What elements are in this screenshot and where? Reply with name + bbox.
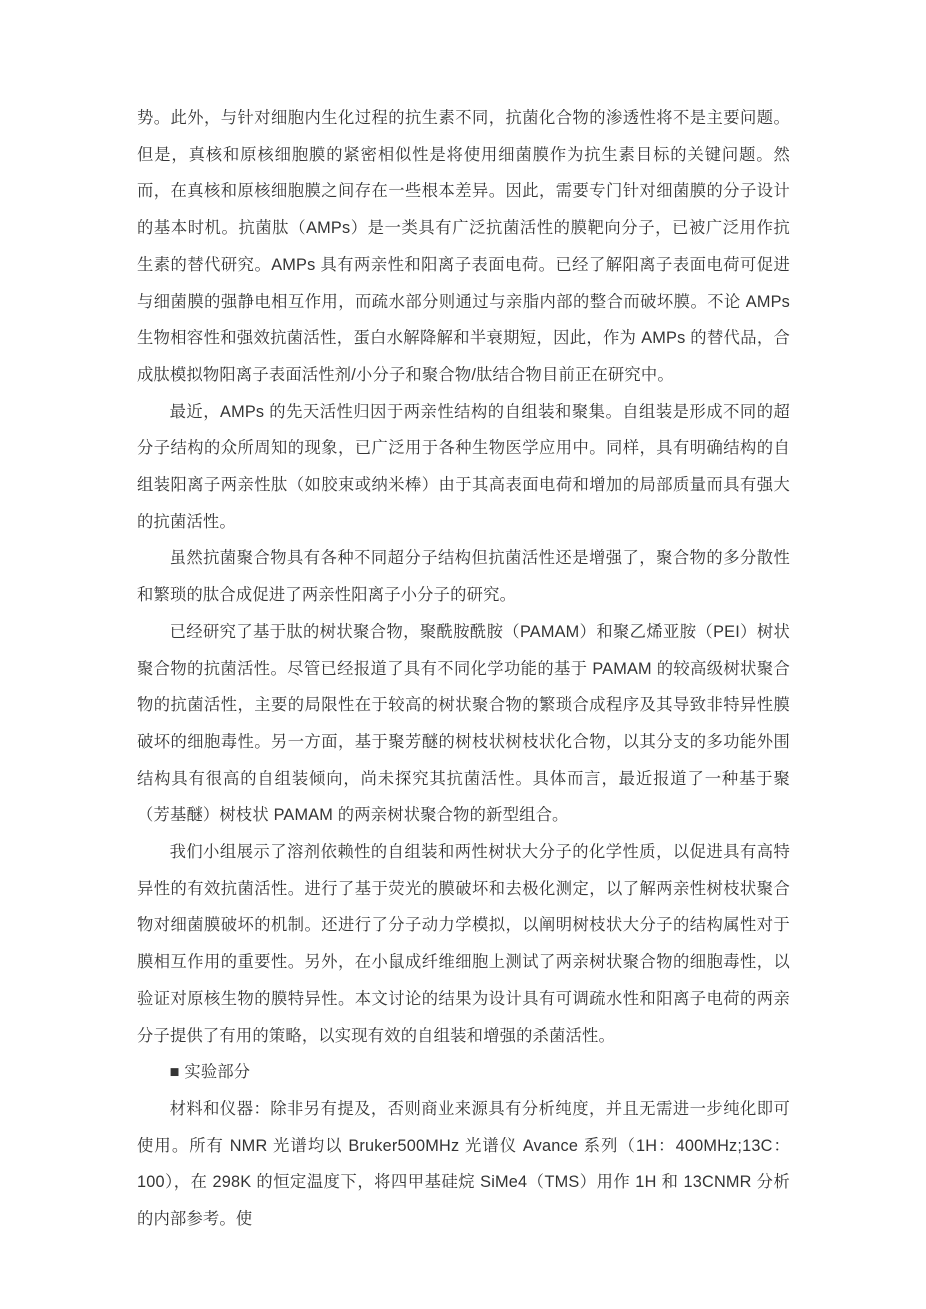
section-heading-experimental: ■ 实验部分 [137,1054,790,1091]
paragraph-self-assembly: 最近，AMPs 的先天活性归因于两亲性结构的自组装和聚集。自组装是形成不同的超分… [137,394,790,541]
document-page: 势。此外，与针对细胞内生化过程的抗生素不同，抗菌化合物的渗透性将不是主要问题。但… [137,100,790,1238]
paragraph-group-findings: 我们小组展示了溶剂依赖性的自组装和两性树状大分子的化学性质，以促进具有高特异性的… [137,834,790,1054]
paragraph-dendrimer-research: 已经研究了基于肽的树状聚合物，聚酰胺酰胺（PAMAM）和聚乙烯亚胺（PEI）树状… [137,614,790,834]
paragraph-materials-instruments: 材料和仪器：除非另有提及，否则商业来源具有分析纯度，并且无需进一步纯化即可使用。… [137,1091,790,1238]
paragraph-continuation: 势。此外，与针对细胞内生化过程的抗生素不同，抗菌化合物的渗透性将不是主要问题。但… [137,100,790,394]
paragraph-polymer-polydispersity: 虽然抗菌聚合物具有各种不同超分子结构但抗菌活性还是增强了，聚合物的多分散性和繁琐… [137,540,790,613]
